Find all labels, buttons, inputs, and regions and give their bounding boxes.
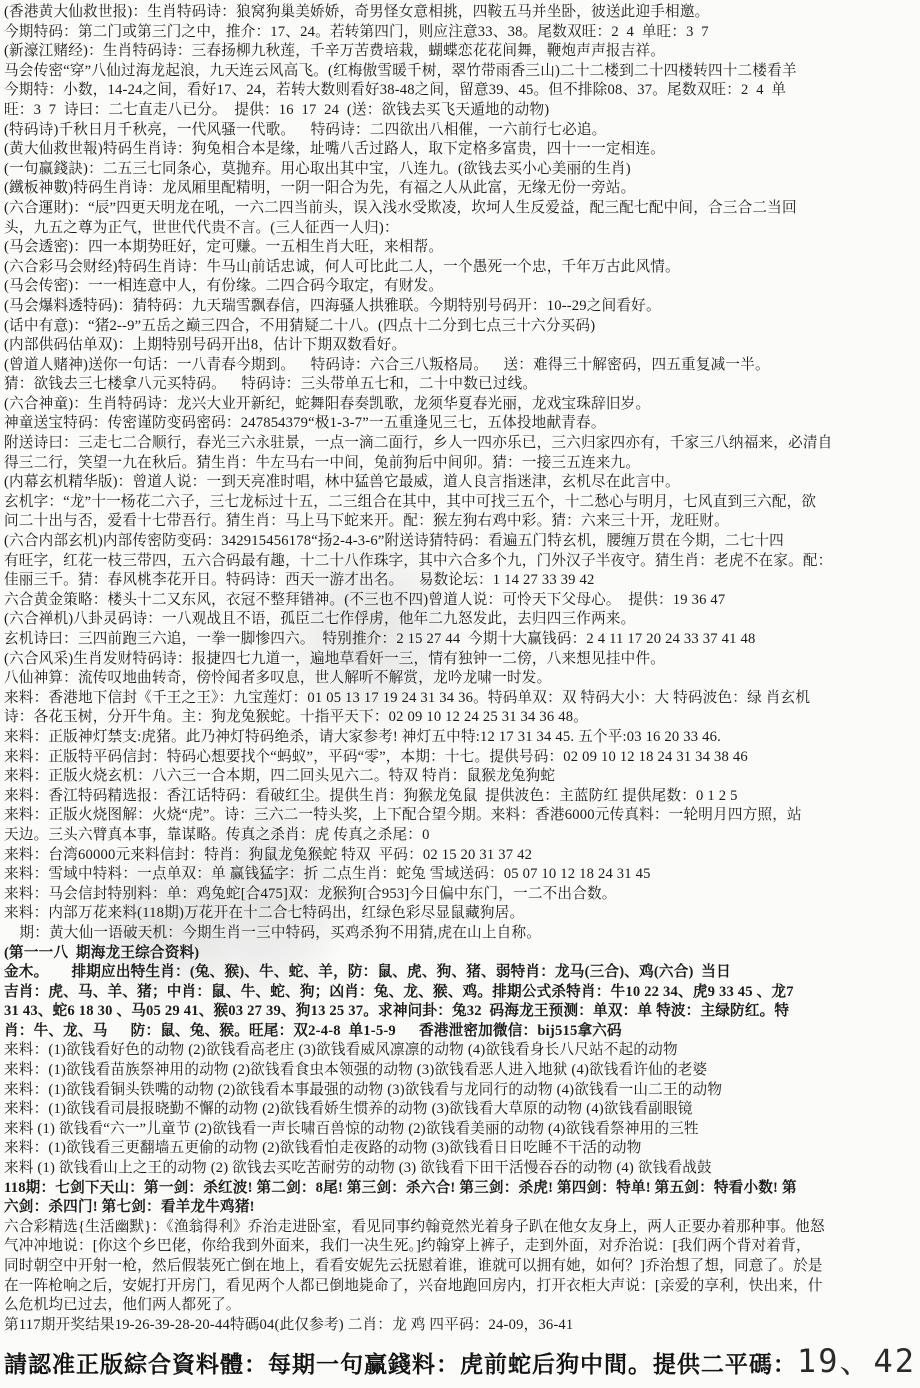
- text-line: 肖：牛、龙、马 防：鼠、兔、猴。旺尾：双2-4-8 单1-5-9 香港泄密加微信…: [4, 1022, 918, 1042]
- text-line: (六合风采)生肖发财特码诗：报捷四七九道一，遍地草看奸一三，情有独钟一二傍，八来…: [4, 650, 918, 670]
- text-line: 来料：雪域中特料：一点单双：单 赢钱猛字：折 二点生肖：蛇兔 雪域送码：05 0…: [4, 865, 918, 885]
- text-line: 八仙神算：流传叹地曲转奇，傍怜闻者多叹息，世人解听不解赏，龙吟龙啸一时发。: [4, 669, 918, 689]
- footer-provide: 提供二平碼：19、42: [653, 1336, 916, 1382]
- text-line: 神童送宝特码：传密谨防变码密码：247854379“极1-3-7”一五重逢见三七…: [4, 414, 918, 434]
- tip-sheet-page: (香港黄大仙救世报)：生肖特码诗：狼窝狗巢美娇娇，奇男怪女意相挑，四鞍五马并坐卧…: [0, 0, 920, 1388]
- text-line: 来料：香港地下信封《千王之王》：九宝莲灯：01 05 13 17 19 24 3…: [4, 689, 918, 709]
- text-line: (马会透密)：四一本期势旺好，定可赚。一五相生肖大旺，来相帮。: [4, 238, 918, 258]
- text-line: 31 43、蛇6 18 30 、马05 29 41、猴03 27 39、狗13 …: [4, 1002, 918, 1022]
- text-line: (六合内部玄机)内部传密防变码：342915456178“扬2-4-3-6”附送…: [4, 532, 918, 552]
- text-line: 有旺字，红花一枝三带四，五六合码最有趣，十二十八作珠字，其中六合多个九，门外汉子…: [4, 552, 918, 572]
- text-line: (特码诗)千秋日月千秋亮，一代风骚一代歌。 特码诗：二四欲出八相催，一六前行七必…: [4, 121, 918, 141]
- text-line: 来料：(1)欲钱看铜头铁嘴的动物 (2)欲钱看本事最强的动物 (3)欲钱看与龙同…: [4, 1081, 918, 1101]
- text-line: 旺：3 7 诗曰：二七直走八已分。 提供：16 17 24 (送：欲钱去买飞天遁…: [4, 101, 918, 121]
- text-line: 来料 (1) 欲钱看山上之王的动物 (2) 欲钱去买吃苦耐劳的动物 (3) 欲钱…: [4, 1159, 918, 1179]
- text-line: 问二十出与否，爱看十七带吾行。猜生肖：马上马下蛇来开。配：猴左狗右鸡中彩。猜：六…: [4, 512, 918, 532]
- text-line: (内部供码估单双)：上期特别号码开出8，估计下期双数看好。: [4, 336, 918, 356]
- text-line: (鐵板神數)特码生肖诗：龙凤厢里配精明，一阴一阳合为先，有福之人从此富，无缘无份…: [4, 179, 918, 199]
- text-line: 玄机诗曰：三四前跑三六追，一拳一脚惨四六。 特别推介：2 15 27 44 今期…: [4, 630, 918, 650]
- text-line: 来料：内部万花来料(118期)万花开在十二合七特码出，红绿色彩尽显鼠藏狗居。: [4, 904, 918, 924]
- text-line: 附送诗曰：三走七二合顺行，春光三六永驻景，一点一滴二面行，乡人一四亦乐已，三六归…: [4, 434, 918, 454]
- footer-slogan-row: 請認准正版綜合資料體：每期一句赢錢料：虎前蛇后狗中間。 提供二平碼：19、42: [4, 1336, 916, 1382]
- footer-provide-label: 提供二平碼：: [653, 1352, 797, 1377]
- text-line: (曾道人赌神)送你一句话：一八青春今期到。 特码诗：六合三八叛格局。 送：难得三…: [4, 356, 918, 376]
- text-line: 天边。三头六臂真本事，靠谋略。传真之杀肖：虎 传真之杀尾：0: [4, 826, 918, 846]
- text-line: (内幕玄机精华版)：曾道人说：一到天亮准时唱，林中猛兽它最威，道人良言指迷津，玄…: [4, 473, 918, 493]
- text-line: 来料 (1) 欲钱看“六一”儿童节 (2)欲钱看一声长啸百兽惊的动物 (2)欲钱…: [4, 1120, 918, 1140]
- text-line: (六合神童)：生肖特码诗：龙兴大业开新纪，蛇舞阳春奏凯歌，龙须华夏春光丽，龙戏宝…: [4, 395, 918, 415]
- text-line: 同时朝空中开射一枪，然后假装死亡倒在地上，看看安妮先云抚慰着谁，谁就可以拥有她，…: [4, 1257, 918, 1277]
- text-line: (六合運財)：“辰”四更天明龙在吼，一六二四当前头，误入浅水受欺凌，坎坷人生反爱…: [4, 199, 918, 219]
- text-line: 马会传密“穿”八仙过海龙起浪，九天连云风高飞。(红梅傲雪暖千树，翠竹带雨香三山)…: [4, 62, 918, 82]
- text-line: 么危机均已过去，他们两人都死了。: [4, 1296, 918, 1316]
- text-line: 来料：(1)欲钱看三更翻墙五更偷的动物 (2)欲钱看怕走夜路的动物 (3)欲钱看…: [4, 1139, 918, 1159]
- text-line: 今期特码：第二门或第三门之中，推介：17、24。若转第四门，则应注意33、38。…: [4, 23, 918, 43]
- text-line: 金木。 排期应出特生肖：(兔、猴)、牛、蛇、羊，防：鼠、虎、狗、猪、弱特肖：龙马…: [4, 963, 918, 983]
- text-line: (一句赢錢訣)：二五三七同条心，莫抛弃。用心取出其中宝，八连九。(欲钱去买小心美…: [4, 160, 918, 180]
- text-line: 诗：各花玉树，分开牛角。主：狗龙兔猴蛇。十指平天下：02 09 10 12 24…: [4, 708, 918, 728]
- text-line: 得三二行，笑望一九在秋后。猜生肖：牛左马右一中间，兔前狗后中间卯。猜：一接三五连…: [4, 454, 918, 474]
- text-line: 第117期开奖结果19-26-39-28-20-44特碼04(此仅参考) 二肖：…: [4, 1316, 918, 1336]
- text-line: 今期特：小数，14-24之间，看好17、24，若转大数则看好38-48之间，留意…: [4, 81, 918, 101]
- text-line: 来料：台湾60000元来料信封：特肖：狗鼠龙兔猴蛇 特双 平码：02 15 20…: [4, 846, 918, 866]
- text-line: (黄大仙救世報)特码生肖诗：狗兔相合本是缘，址嘴八舌过路人，取下定格多富贵，四十…: [4, 140, 918, 160]
- text-line: 六合彩精选{生活幽默}：《渔翁得利》乔治走进卧室，看见同事约翰竟然光着身子趴在他…: [4, 1218, 918, 1238]
- text-line: 来料：(1)欲钱看司晨报晓勤不懈的动物 (2)欲钱看娇生惯养的动物 (3)欲钱看…: [4, 1100, 918, 1120]
- text-line: 期：黄大仙一语破天机：今期生肖一三中特码，买鸡杀狗不用猜,虎在山上自称。: [4, 924, 918, 944]
- text-line: (第一一八 期海龙王综合资料): [4, 944, 918, 964]
- text-line: 来料：正版特平码信封：特码心想要找个“蚂蚁”，平码“零”，本期：十七。提供号码：…: [4, 748, 918, 768]
- text-line: 来料：正版火烧玄机：八六三一合本期，四二回头见六二。特双 特肖：鼠猴龙兔狗蛇: [4, 767, 918, 787]
- text-line: 头，九五之尊为正气，世世代代贵不言。(三人征西一人归)：: [4, 219, 918, 239]
- text-line: 猜：欲钱去三七楼拿八元买特码。 特码诗：三头带单五七和，二十中数已过线。: [4, 375, 918, 395]
- text-line: 六合黄金策略：楼头十二又东风，衣冠不整拜错神。(不三也不四)曾道人说：可怜天下父…: [4, 591, 918, 611]
- text-line: 玄机字：“龙”十一杨花二六子，三七龙标过十五，二三组合在其中，其中可找三五个，十…: [4, 493, 918, 513]
- text-line: 来料：(1)欲钱看好色的动物 (2)欲钱看高老庄 (3)欲钱看威风凛凛的动物 (…: [4, 1041, 918, 1061]
- text-line: 气冲冲地说：[你这个乡巴佬，你给我到外面来，我们一决生死。]约翰穿上裤子，走到外…: [4, 1237, 918, 1257]
- text-line: (马会传密)：一一相连意中人，有份缘。二四合码今取定，有财发。: [4, 277, 918, 297]
- document-lines: (香港黄大仙救世报)：生肖特码诗：狼窝狗巢美娇娇，奇男怪女意相挑，四鞍五马并坐卧…: [4, 3, 918, 1335]
- text-line: (新濠江赌经)：生肖特码诗：三春扬柳九秋莲，千辛万苦费培栽，蝴蝶恋花花间舞，鞭炮…: [4, 42, 918, 62]
- text-line: 来料：正版神灯禁支:虎猪。此乃神灯特码绝杀，请大家参考! 神灯五中特:12 17…: [4, 728, 918, 748]
- text-line: 佳丽三千。猜：春风桃李花开日。特码诗：西天一游才出名。 易数论坛：1 14 27…: [4, 571, 918, 591]
- text-line: (马会爆料透特码)：猜特码：九天瑞雪飘春信，四海骚人拱雅联。今期特别号码开：10…: [4, 297, 918, 317]
- text-line: 来料：正版火烧图解：火烧“虎”。诗：三六二一特头奖，上下配合望今期。来料：香港6…: [4, 806, 918, 826]
- text-line: 在一阵枪响之后，安妮打开房门，看见两个人都已倒地毙命了，兴奋地跑回房内，打开衣柜…: [4, 1277, 918, 1297]
- text-line: 来料：马会信封特别料：单：鸡兔蛇[合475]双：龙猴狗[合953]今日偏中东门，…: [4, 885, 918, 905]
- text-line: 来料：香江特码精选报：香江话特码：看破红尘。提供生肖：狗猴龙兔鼠 提供波色：主蓝…: [4, 787, 918, 807]
- text-line: (六合禅机)八卦灵码诗：一八观战且不语，孤臣二七作俘虏，他年二九怒发此，去归四三…: [4, 610, 918, 630]
- text-line: 118期：七剑下天山：第一剑：杀红波! 第二剑：8尾! 第三剑：杀六合! 第三剑…: [4, 1179, 918, 1199]
- text-line: 六剑：杀四门! 第七剑：看羊龙牛鸡猪!: [4, 1198, 918, 1218]
- text-line: (六合彩马会财经)特码生肖诗：牛马山前话忠诚，何人可比此二人，一个愚死一个忠，千…: [4, 258, 918, 278]
- text-line: (香港黄大仙救世报)：生肖特码诗：狼窝狗巢美娇娇，奇男怪女意相挑，四鞍五马并坐卧…: [4, 3, 918, 23]
- text-line: (话中有意)：“猪2--9”五岳之巅三四合，不用猜疑二十八。(四点十二分到七点三…: [4, 317, 918, 337]
- text-line: 来料：(1)欲钱看苗族祭神用的动物 (2)欲钱看食虫本领强的动物 (3)欲钱看恶…: [4, 1061, 918, 1081]
- text-line: 吉肖：虎、马、羊、猪；中肖：鼠、牛、蛇、狗；凶肖：兔、龙、猴、鸡。排期公式杀特肖…: [4, 983, 918, 1003]
- footer-provide-numbers: 19、42: [797, 1342, 916, 1380]
- footer-slogan: 請認准正版綜合資料體：每期一句赢錢料：虎前蛇后狗中間。: [4, 1346, 652, 1379]
